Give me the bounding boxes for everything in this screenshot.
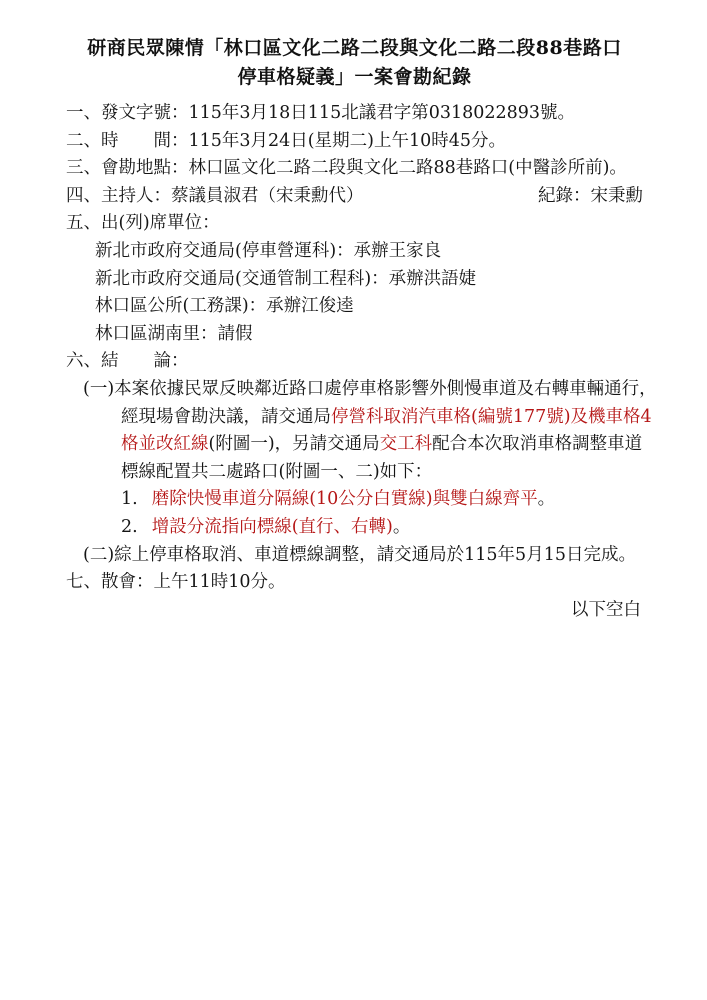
item-location: 三、會勘地點：林口區文化二路二段與文化二路88巷路口(中醫診所前)。 xyxy=(66,155,643,183)
document-title-line1: 研商民眾陳情「林口區文化二路二段與文化二路二段88巷路口 xyxy=(66,34,643,63)
red-highlight-text: 增設分流指向標線(直行、右轉) xyxy=(152,517,393,537)
document-body: 一、發文字號：115年3月18日115北議君字第0318022893號。 二、時… xyxy=(66,100,643,624)
document-title-line2: 停車格疑義」一案會勘紀錄 xyxy=(66,63,643,92)
conclusion-sub-item-1: 1.磨除快慢車道分隔線(10公分白實線)與雙白線齊平。 xyxy=(66,486,643,514)
attendee-row: 新北市政府交通局(交通管制工程科)：承辦洪語婕 xyxy=(66,266,643,294)
meeting-record-document: 研商民眾陳情「林口區文化二路二段與文化二路二段88巷路口 停車格疑義」一案會勘紀… xyxy=(0,0,707,1000)
item-time: 二、時 間：115年3月24日(星期二)上午10時45分。 xyxy=(66,128,643,156)
conclusion2-line: (二)綜上停車格取消、車道標線調整，請交通局於115年5月15日完成。 xyxy=(66,542,643,570)
conclusion2-marker: (二) xyxy=(83,545,114,565)
item-attendee-units-heading: 五、出(列)席單位： xyxy=(66,210,643,238)
conclusion1-line1: (一)本案依據民眾反映鄰近路口處停車格影響外側慢車道及右轉車輛通行， xyxy=(66,376,643,404)
conclusion1-line4: 標線配置共二處路口(附圖一、二)如下： xyxy=(66,459,643,487)
conclusion-sub-item-2: 2.增設分流指向標線(直行、右轉)。 xyxy=(66,514,643,542)
red-highlight-text: 磨除快慢車道分隔線(10公分白實線)與雙白線齊平 xyxy=(152,489,538,509)
conclusion1-marker: (一) xyxy=(83,379,114,399)
item-document-number: 一、發文字號：115年3月18日115北議君字第0318022893號。 xyxy=(66,100,643,128)
document-title: 研商民眾陳情「林口區文化二路二段與文化二路二段88巷路口 停車格疑義」一案會勘紀… xyxy=(66,34,643,92)
red-highlight-text: 停營科取消汽車格(編號177號)及機車格4 xyxy=(331,407,652,427)
conclusion1-line2: 經現場會勘決議，請交通局停營科取消汽車格(編號177號)及機車格4 xyxy=(66,404,643,432)
attendee-row: 新北市政府交通局(停車營運科)：承辦王家良 xyxy=(66,238,643,266)
conclusion1-line3: 格並改紅線(附圖一)，另請交通局交工科配合本次取消車格調整車道 xyxy=(66,431,643,459)
item-host: 四、主持人：蔡議員淑君（宋秉勳代） xyxy=(66,183,364,211)
item-recorder: 紀錄：宋秉勳 xyxy=(538,183,643,211)
red-highlight-text: 格並改紅線 xyxy=(121,434,209,454)
sub-item-number: 2. xyxy=(121,517,152,537)
below-blank-note: 以下空白 xyxy=(66,597,643,625)
attendee-row: 林口區湖南里：請假 xyxy=(66,321,643,349)
red-highlight-text: 交工科 xyxy=(380,434,433,454)
sub-item-number: 1. xyxy=(121,489,152,509)
item-adjourn: 七、散會：上午11時10分。 xyxy=(66,569,643,597)
attendee-row: 林口區公所(工務課)：承辦江俊逵 xyxy=(66,293,643,321)
item-host-row: 四、主持人：蔡議員淑君（宋秉勳代） 紀錄：宋秉勳 xyxy=(66,183,643,211)
item-conclusion-heading: 六、結 論： xyxy=(66,348,643,376)
